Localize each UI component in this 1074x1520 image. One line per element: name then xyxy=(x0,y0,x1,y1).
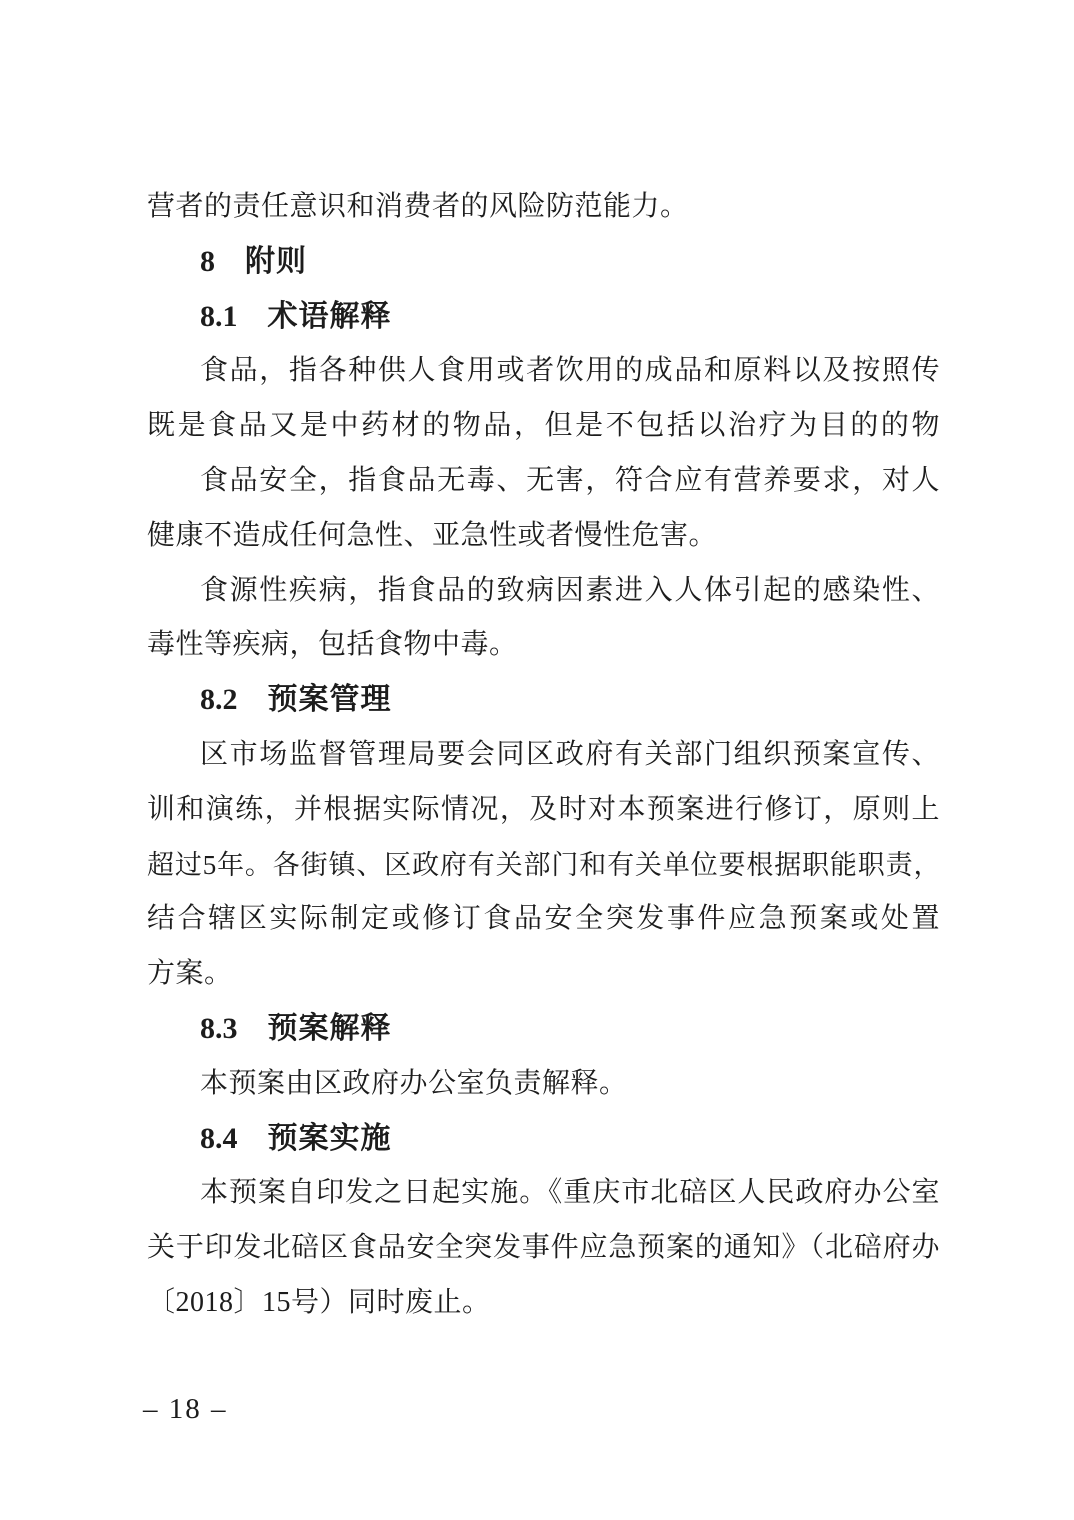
text-line: 〔2018〕15号）同时废止。 xyxy=(147,1276,940,1331)
heading-title: 预案解释 xyxy=(268,1012,392,1045)
heading-title: 预案实施 xyxy=(268,1122,392,1155)
text-line: 食品安全，指食品无毒、无害，符合应有营养要求，对人体 xyxy=(147,454,940,509)
heading-number: 8 xyxy=(200,245,215,278)
page-number: – 18 – xyxy=(143,1392,228,1426)
text-line: 食源性疾病，指食品的致病因素进入人体引起的感染性、中 xyxy=(147,564,940,619)
section-heading: 8.3预案解释 xyxy=(147,1002,940,1057)
heading-title: 附则 xyxy=(245,245,307,278)
heading-number: 8.2 xyxy=(200,683,238,716)
heading-number: 8.4 xyxy=(200,1122,238,1155)
text-line: 超过5年。各街镇、区政府有关部门和有关单位要根据职能职责， xyxy=(147,838,940,893)
text-line: 方案。 xyxy=(147,947,940,1002)
section-heading: 8.1术语解释 xyxy=(147,290,940,345)
text-line: 结合辖区实际制定或修订食品安全突发事件应急预案或处置 xyxy=(147,892,940,947)
section-heading: 8.2预案管理 xyxy=(147,673,940,728)
section-heading: 8.4预案实施 xyxy=(147,1112,940,1167)
document-body: 营者的责任意识和消费者的风险防范能力。8附则8.1术语解释食品，指各种供人食用或… xyxy=(147,180,940,1331)
heading-number: 8.3 xyxy=(200,1012,238,1045)
text-line: 食品，指各种供人食用或者饮用的成品和原料以及按照传统 xyxy=(147,344,940,399)
text-line: 区市场监督管理局要会同区政府有关部门组织预案宣传、培 xyxy=(147,728,940,783)
heading-title: 术语解释 xyxy=(268,300,392,333)
text-line: 既是食品又是中药材的物品，但是不包括以治疗为目的的物品。 xyxy=(147,399,940,454)
text-line: 本预案自印发之日起实施。《重庆市北碚区人民政府办公室 xyxy=(147,1166,940,1221)
text-line: 毒性等疾病，包括食物中毒。 xyxy=(147,618,940,673)
document-page: 营者的责任意识和消费者的风险防范能力。8附则8.1术语解释食品，指各种供人食用或… xyxy=(0,0,1074,1520)
text-line: 训和演练，并根据实际情况，及时对本预案进行修订，原则上不 xyxy=(147,783,940,838)
heading-number: 8.1 xyxy=(200,300,238,333)
text-line: 健康不造成任何急性、亚急性或者慢性危害。 xyxy=(147,509,940,564)
text-line: 本预案由区政府办公室负责解释。 xyxy=(147,1057,940,1112)
text-line: 营者的责任意识和消费者的风险防范能力。 xyxy=(147,180,940,235)
heading-title: 预案管理 xyxy=(268,683,392,716)
text-line: 关于印发北碚区食品安全突发事件应急预案的通知》（北碚府办 xyxy=(147,1221,940,1276)
section-heading: 8附则 xyxy=(147,235,940,290)
